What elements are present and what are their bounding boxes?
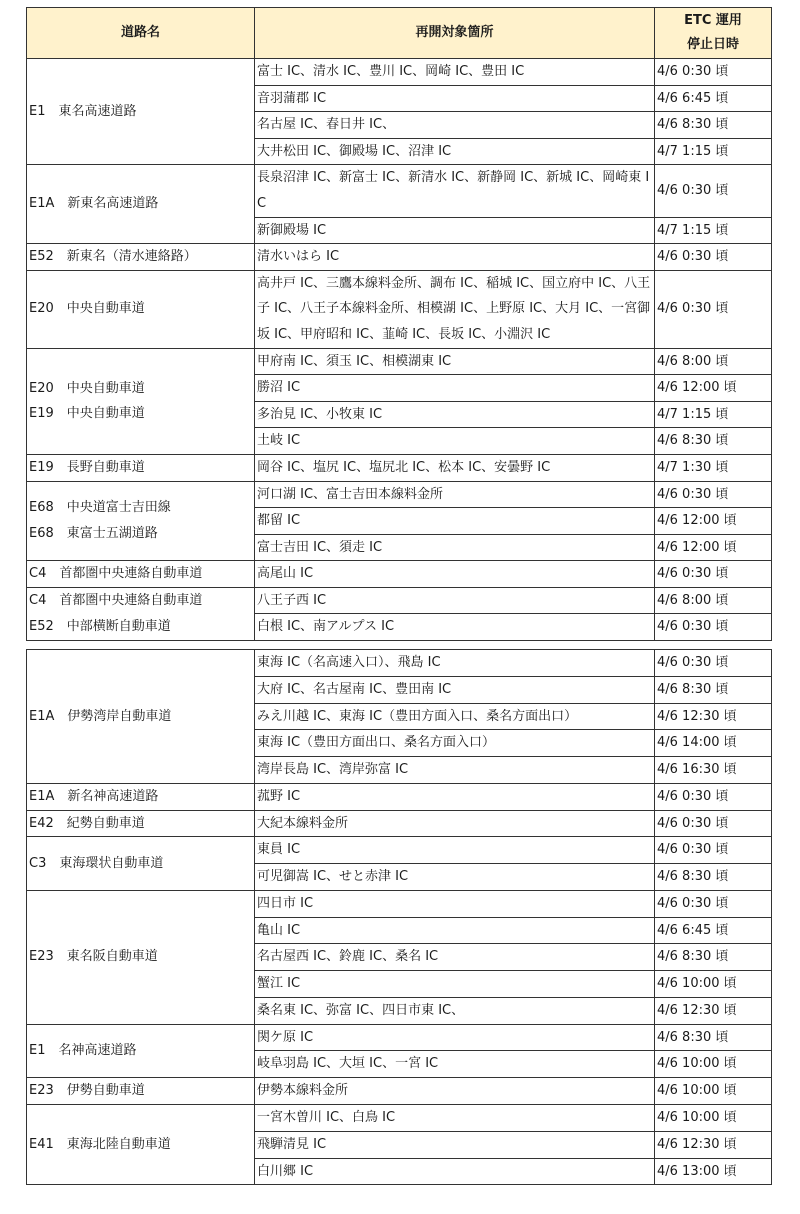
road-name-cell: E23 東名阪自動車道 bbox=[27, 890, 255, 1024]
etc-stop-time-cell: 4/6 0:30 頃 bbox=[655, 837, 772, 864]
etc-stop-time-cell: 4/6 8:00 頃 bbox=[655, 587, 772, 614]
location-cell: みえ川越 IC、東海 IC（豊田方面入口、桑名方面出口） bbox=[255, 703, 655, 730]
road-name-cell: E20 中央自動車道 bbox=[27, 270, 255, 348]
etc-stop-header-line2: 停止日時 bbox=[687, 37, 739, 52]
road-name-cell: E52 新東名（清水連絡路） bbox=[27, 244, 255, 271]
table-row: E19 長野自動車道岡谷 IC、塩尻 IC、塩尻北 IC、松本 IC、安曇野 I… bbox=[27, 454, 772, 481]
location-cell: 勝沼 IC bbox=[255, 375, 655, 402]
road-name-cell: C4 首都圏中央連絡自動車道 bbox=[27, 561, 255, 588]
etc-stop-time-cell: 4/6 12:00 頃 bbox=[655, 375, 772, 402]
location-cell: 飛騨清見 IC bbox=[255, 1131, 655, 1158]
location-cell: 長泉沼津 IC、新富士 IC、新清水 IC、新静岡 IC、新城 IC、岡崎東 I… bbox=[255, 165, 655, 217]
etc-stop-time-cell: 4/6 10:00 頃 bbox=[655, 971, 772, 998]
etc-stop-time-cell: 4/6 12:30 頃 bbox=[655, 997, 772, 1024]
road-name-cell: E19 長野自動車道 bbox=[27, 454, 255, 481]
location-cell: 亀山 IC bbox=[255, 917, 655, 944]
location-cell: 岐阜羽島 IC、大垣 IC、一宮 IC bbox=[255, 1051, 655, 1078]
etc-stop-time-cell: 4/6 12:00 頃 bbox=[655, 534, 772, 561]
etc-stop-time-cell: 4/6 8:30 頃 bbox=[655, 864, 772, 891]
table-row: E1A 新東名高速道路長泉沼津 IC、新富士 IC、新清水 IC、新静岡 IC、… bbox=[27, 165, 772, 217]
etc-stop-time-cell: 4/6 13:00 頃 bbox=[655, 1158, 772, 1185]
road-name-cell: E23 伊勢自動車道 bbox=[27, 1078, 255, 1105]
road-name-cell: C3 東海環状自動車道 bbox=[27, 837, 255, 891]
etc-stop-time-cell: 4/6 12:30 頃 bbox=[655, 1131, 772, 1158]
location-cell: 白根 IC、南アルプス IC bbox=[255, 614, 655, 641]
road-name-cell: E20 中央自動車道 E19 中央自動車道 bbox=[27, 348, 255, 454]
etc-stop-time-cell: 4/7 1:15 頃 bbox=[655, 401, 772, 428]
etc-stop-time-cell: 4/7 1:15 頃 bbox=[655, 217, 772, 244]
location-cell: 清水いはら IC bbox=[255, 244, 655, 271]
location-cell: 新御殿場 IC bbox=[255, 217, 655, 244]
road-name-cell: E1 名神高速道路 bbox=[27, 1024, 255, 1078]
table-row: E52 新東名（清水連絡路）清水いはら IC4/6 0:30 頃 bbox=[27, 244, 772, 271]
etc-stop-time-cell: 4/6 6:45 頃 bbox=[655, 917, 772, 944]
etc-stop-time-cell: 4/6 14:00 頃 bbox=[655, 730, 772, 757]
location-cell: 多治見 IC、小牧東 IC bbox=[255, 401, 655, 428]
location-cell: 土岐 IC bbox=[255, 428, 655, 455]
etc-stop-time-cell: 4/6 0:30 頃 bbox=[655, 890, 772, 917]
location-cell: 八王子西 IC bbox=[255, 587, 655, 614]
table-body: E1A 伊勢湾岸自動車道東海 IC（名高速入口）、飛島 IC4/6 0:30 頃… bbox=[27, 650, 772, 1185]
table-row: E42 紀勢自動車道大紀本線料金所4/6 0:30 頃 bbox=[27, 810, 772, 837]
table-row: E23 東名阪自動車道四日市 IC4/6 0:30 頃 bbox=[27, 890, 772, 917]
etc-stop-time-cell: 4/6 0:30 頃 bbox=[655, 783, 772, 810]
etc-stop-time-cell: 4/6 16:30 頃 bbox=[655, 757, 772, 784]
table-row: C4 首都圏中央連絡自動車道 E52 中部横断自動車道八王子西 IC4/6 8:… bbox=[27, 587, 772, 614]
location-cell: 大紀本線料金所 bbox=[255, 810, 655, 837]
etc-stop-time-cell: 4/7 1:15 頃 bbox=[655, 138, 772, 165]
table-row: E1A 伊勢湾岸自動車道東海 IC（名高速入口）、飛島 IC4/6 0:30 頃 bbox=[27, 650, 772, 677]
road-name-cell: E1A 新名神高速道路 bbox=[27, 783, 255, 810]
etc-stop-time-cell: 4/6 10:00 頃 bbox=[655, 1051, 772, 1078]
location-cell: 東海 IC（豊田方面出口、桑名方面入口） bbox=[255, 730, 655, 757]
location-cell: 東員 IC bbox=[255, 837, 655, 864]
table-body: E1 東名高速道路富士 IC、清水 IC、豊川 IC、岡崎 IC、豊田 IC4/… bbox=[27, 59, 772, 641]
location-cell: 河口湖 IC、富士吉田本線料金所 bbox=[255, 481, 655, 508]
location-cell: 岡谷 IC、塩尻 IC、塩尻北 IC、松本 IC、安曇野 IC bbox=[255, 454, 655, 481]
etc-stop-time-cell: 4/7 1:30 頃 bbox=[655, 454, 772, 481]
road-name-cell: E1A 新東名高速道路 bbox=[27, 165, 255, 244]
etc-stop-time-cell: 4/6 0:30 頃 bbox=[655, 165, 772, 217]
location-cell: 名古屋 IC、春日井 IC、 bbox=[255, 112, 655, 139]
etc-stop-time-cell: 4/6 8:30 頃 bbox=[655, 676, 772, 703]
location-cell: 富士 IC、清水 IC、豊川 IC、岡崎 IC、豊田 IC bbox=[255, 59, 655, 86]
table-row: E68 中央道富士吉田線 E68 東富士五湖道路河口湖 IC、富士吉田本線料金所… bbox=[27, 481, 772, 508]
table-row: E20 中央自動車道高井戸 IC、三鷹本線料金所、調布 IC、稲城 IC、国立府… bbox=[27, 270, 772, 348]
column-header-locations: 再開対象箇所 bbox=[255, 8, 655, 59]
table-row: E23 伊勢自動車道伊勢本線料金所4/6 10:00 頃 bbox=[27, 1078, 772, 1105]
location-cell: 東海 IC（名高速入口）、飛島 IC bbox=[255, 650, 655, 677]
table-row: E20 中央自動車道 E19 中央自動車道甲府南 IC、須玉 IC、相模湖東 I… bbox=[27, 348, 772, 375]
etc-stop-time-cell: 4/6 6:45 頃 bbox=[655, 85, 772, 112]
etc-stop-time-cell: 4/6 0:30 頃 bbox=[655, 59, 772, 86]
location-cell: 音羽蒲郡 IC bbox=[255, 85, 655, 112]
location-cell: 蟹江 IC bbox=[255, 971, 655, 998]
location-cell: 桑名東 IC、弥富 IC、四日市東 IC、 bbox=[255, 997, 655, 1024]
column-header-road-name: 道路名 bbox=[27, 8, 255, 59]
table-row: E1 東名高速道路富士 IC、清水 IC、豊川 IC、岡崎 IC、豊田 IC4/… bbox=[27, 59, 772, 86]
location-cell: 高尾山 IC bbox=[255, 561, 655, 588]
etc-stop-time-cell: 4/6 0:30 頃 bbox=[655, 270, 772, 348]
etc-stop-time-cell: 4/6 10:00 頃 bbox=[655, 1078, 772, 1105]
table-row: E1A 新名神高速道路菰野 IC4/6 0:30 頃 bbox=[27, 783, 772, 810]
etc-stop-header-line1: ETC 運用 bbox=[684, 13, 742, 28]
table-row: C3 東海環状自動車道東員 IC4/6 0:30 頃 bbox=[27, 837, 772, 864]
schedule-table-section-1: 道路名 再開対象箇所 ETC 運用停止日時 E1 東名高速道路富士 IC、清水 … bbox=[26, 7, 772, 641]
location-cell: 関ケ原 IC bbox=[255, 1024, 655, 1051]
etc-stop-time-cell: 4/6 8:30 頃 bbox=[655, 944, 772, 971]
location-cell: 白川郷 IC bbox=[255, 1158, 655, 1185]
location-cell: 一宮木曽川 IC、白鳥 IC bbox=[255, 1105, 655, 1132]
road-name-cell: C4 首都圏中央連絡自動車道 E52 中部横断自動車道 bbox=[27, 587, 255, 640]
table-header-row: 道路名 再開対象箇所 ETC 運用停止日時 bbox=[27, 8, 772, 59]
location-cell: 大府 IC、名古屋南 IC、豊田南 IC bbox=[255, 676, 655, 703]
table-row: E1 名神高速道路関ケ原 IC4/6 8:30 頃 bbox=[27, 1024, 772, 1051]
location-cell: 大井松田 IC、御殿場 IC、沼津 IC bbox=[255, 138, 655, 165]
etc-stop-time-cell: 4/6 0:30 頃 bbox=[655, 561, 772, 588]
etc-stop-time-cell: 4/6 0:30 頃 bbox=[655, 614, 772, 641]
location-cell: 湾岸長島 IC、湾岸弥富 IC bbox=[255, 757, 655, 784]
etc-stop-time-cell: 4/6 8:30 頃 bbox=[655, 1024, 772, 1051]
location-cell: 都留 IC bbox=[255, 508, 655, 535]
road-name-cell: E1A 伊勢湾岸自動車道 bbox=[27, 650, 255, 784]
location-cell: 可児御嵩 IC、せと赤津 IC bbox=[255, 864, 655, 891]
etc-stop-time-cell: 4/6 8:30 頃 bbox=[655, 112, 772, 139]
table-row: E41 東海北陸自動車道一宮木曽川 IC、白鳥 IC4/6 10:00 頃 bbox=[27, 1105, 772, 1132]
location-cell: 高井戸 IC、三鷹本線料金所、調布 IC、稲城 IC、国立府中 IC、八王子 I… bbox=[255, 270, 655, 348]
table-row: C4 首都圏中央連絡自動車道高尾山 IC4/6 0:30 頃 bbox=[27, 561, 772, 588]
etc-stop-time-cell: 4/6 0:30 頃 bbox=[655, 481, 772, 508]
etc-stop-time-cell: 4/6 12:00 頃 bbox=[655, 508, 772, 535]
etc-stop-time-cell: 4/6 8:30 頃 bbox=[655, 428, 772, 455]
road-name-cell: E1 東名高速道路 bbox=[27, 59, 255, 165]
etc-stop-time-cell: 4/6 0:30 頃 bbox=[655, 810, 772, 837]
etc-stop-time-cell: 4/6 12:30 頃 bbox=[655, 703, 772, 730]
location-cell: 名古屋西 IC、鈴鹿 IC、桑名 IC bbox=[255, 944, 655, 971]
etc-stop-time-cell: 4/6 0:30 頃 bbox=[655, 244, 772, 271]
location-cell: 菰野 IC bbox=[255, 783, 655, 810]
column-header-etc-stop-time: ETC 運用停止日時 bbox=[655, 8, 772, 59]
etc-stop-time-cell: 4/6 8:00 頃 bbox=[655, 348, 772, 375]
etc-stop-time-cell: 4/6 0:30 頃 bbox=[655, 650, 772, 677]
location-cell: 富士吉田 IC、須走 IC bbox=[255, 534, 655, 561]
road-name-cell: E42 紀勢自動車道 bbox=[27, 810, 255, 837]
location-cell: 四日市 IC bbox=[255, 890, 655, 917]
road-name-cell: E68 中央道富士吉田線 E68 東富士五湖道路 bbox=[27, 481, 255, 561]
road-name-cell: E41 東海北陸自動車道 bbox=[27, 1105, 255, 1185]
etc-stop-time-cell: 4/6 10:00 頃 bbox=[655, 1105, 772, 1132]
schedule-table-section-2: E1A 伊勢湾岸自動車道東海 IC（名高速入口）、飛島 IC4/6 0:30 頃… bbox=[26, 649, 772, 1185]
location-cell: 甲府南 IC、須玉 IC、相模湖東 IC bbox=[255, 348, 655, 375]
location-cell: 伊勢本線料金所 bbox=[255, 1078, 655, 1105]
